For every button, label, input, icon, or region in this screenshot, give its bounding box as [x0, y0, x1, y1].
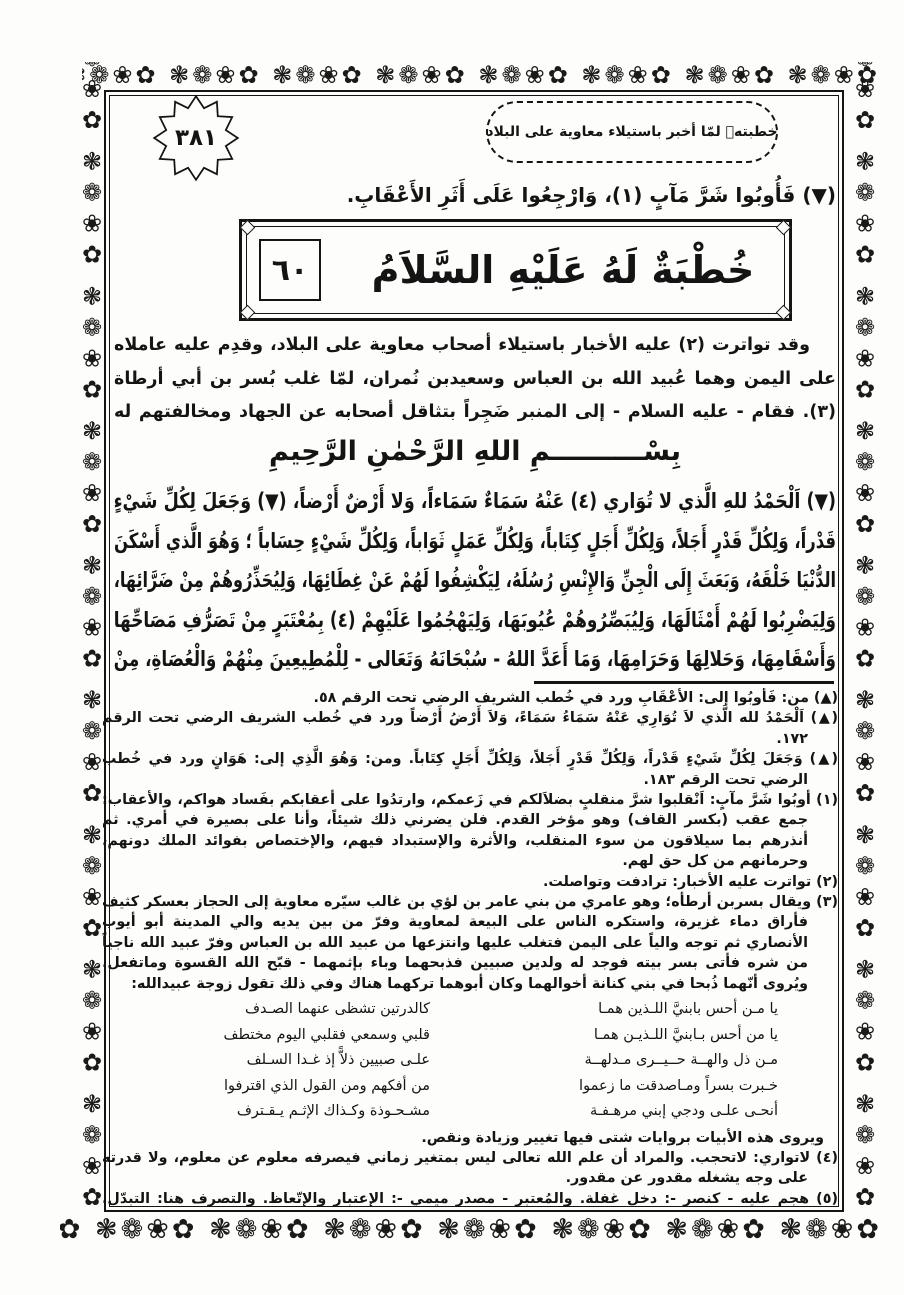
poem-variants-note: ويروى هذه الأبيات بروايات شتى فيها تغيير… — [102, 1128, 838, 1148]
poem-hemistich-right: يا مـن أحس بابنيَّ اللـذين همـا — [500, 998, 778, 1022]
sermon-line: وَأَسْقَامِهَا، وَحَلالِهَا وَحَرَامِهَا… — [258, 640, 836, 680]
poem-hemistich-right: مـن ذل والهــة حــيــرى مـدلهــة — [500, 1049, 778, 1073]
previous-sermon-closing-line: (▼) فَأُوبُوا شَرَّ مَآبٍ (١)، وَارْجِعُ… — [114, 178, 836, 212]
elegy-poem: يا مـن أحس بابنيَّ اللـذين همـا كالدرتين… — [152, 998, 778, 1124]
basmala-calligraphy: بِسْــــــــــمِ اللهِ الرَّحْمٰنِ الرَّ… — [114, 424, 836, 478]
running-header-cartouche: خطبتهؑ لمّا أخبر باستيلاء معاوية على الب… — [486, 101, 778, 163]
ornamental-border-top-icon: ✿❀❁❃ ✿❀❁❃ ✿❀❁❃ ✿❀❁❃ ✿❀❁❃ ✿❀❁❃ ✿❀❁❃ ✿❀❁❃ … — [82, 60, 880, 91]
poem-hemistich-right: خـبرت بسراً ومـاصدقت ما زعموا — [500, 1075, 778, 1099]
footnotes-section: (▲) من: فَأُوبُوا إلى: الأَعْقَابِ ورد ف… — [102, 688, 838, 1208]
poem-hemistich-right: يا من أحس بـابنيَّ اللـذيـن همـا — [500, 1024, 778, 1048]
footnote: (٢) تواترت عليه الأخبار: ترادفت وتواصلت. — [102, 872, 838, 892]
footnote: (▲) وَجَعَلَ لِكُلِّ شَيْءٍ قَدْراً، وَل… — [102, 749, 838, 790]
footnotes-top-list: (▲) من: فَأُوبُوا إلى: الأَعْقَابِ ورد ف… — [102, 688, 838, 994]
footnote: (١) أوبُوا شَرَّ مآبٍ: اَنْقلبوا شرَّ من… — [102, 790, 838, 872]
sermon-introduction: وقد تواترت (٢) عليه الأخبار باستيلاء أصح… — [114, 329, 836, 429]
footnote-separator-rule — [534, 681, 834, 684]
page-number-star: ٣٨١ — [152, 94, 240, 182]
running-header-title: خطبتهؑ لمّا أخبر باستيلاء معاوية على الب… — [486, 124, 777, 140]
sermon-body: (▼) اَلْحَمْدُ للهِ الَّذي لا تُوَاري (٤… — [114, 482, 836, 680]
poem-hemistich-left: مشـحـوذة وكـذاك الإثـم يـقـترف — [152, 1100, 430, 1124]
footnotes-bottom-list: (٤) لاتواري: لاتحجب. والمراد أن علم الله… — [102, 1148, 838, 1208]
footnote: (▲) اَلْحَمْدُ لله الَّذي لاَ تُوَارِي ع… — [102, 708, 838, 749]
poem-hemistich-left: كالدرتين تشظى عنهما الصـدف — [152, 998, 430, 1022]
sermon-line: قَدْراً، وَلِكُلِّ قَدْرٍ أَجَلاً، وَلِك… — [271, 522, 836, 562]
sermon-line: (▼) اَلْحَمْدُ للهِ الَّذي لا تُوَاري (٤… — [234, 482, 836, 522]
poem-hemistich-left: علـى صبيين ذلاًّ إذ غـدا السـلف — [152, 1049, 430, 1073]
page-number: ٣٨١ — [152, 94, 240, 182]
sermon-title-box: خُطْبَةٌ لَهُ عَلَيْهِ السَّلاَمُ ٦٠ — [239, 219, 792, 321]
poem-hemistich-left: قلبي وسمعي فقلبي اليوم مختطف — [152, 1024, 430, 1048]
footnote: (٤) لاتواري: لاتحجب. والمراد أن علم الله… — [102, 1148, 838, 1189]
poem-hemistich-right: أنحـى علـى ودجي إبني مرهـفـة — [500, 1100, 778, 1124]
sermon-line: وَلِيَضْرِبُوا لَهُمْ أَمْثَالَهَا، وَلِ… — [257, 601, 836, 641]
ornamental-border-right-icon: ✿❀❁❃ ✿❀❁❃ ✿❀❁❃ ✿❀❁❃ ✿❀❁❃ ✿❀❁❃ ✿❀❁❃ ✿❀❁❃ … — [847, 62, 880, 1214]
footnote: (٣) ويقال بسربن أرطأه؛ وهو عامري من بني … — [102, 892, 838, 994]
sermon-number: ٦٠ — [259, 239, 321, 301]
footnote: (٥) هجم عليه - كنصر -: دخل غفلة. والمُعت… — [102, 1189, 838, 1208]
ornamental-border-bottom-icon: ✿❀❁❃ ✿❀❁❃ ✿❀❁❃ ✿❀❁❃ ✿❀❁❃ ✿❀❁❃ ✿❀❁❃ ✿❀❁❃ … — [60, 1213, 882, 1248]
footnote: (▲) من: فَأُوبُوا إلى: الأَعْقَابِ ورد ف… — [102, 688, 838, 708]
book-page: ✿❀❁❃ ✿❀❁❃ ✿❀❁❃ ✿❀❁❃ ✿❀❁❃ ✿❀❁❃ ✿❀❁❃ ✿❀❁❃ … — [0, 0, 904, 1295]
sermon-title: خُطْبَةٌ لَهُ عَلَيْهِ السَّلاَمُ — [242, 222, 789, 318]
sermon-line: الدُّنْيَا خَلْقَهُ، وَبَعَثَ إِلَى الْج… — [283, 561, 836, 601]
poem-hemistich-left: من أفكهم ومن القول الذي اقترفوا — [152, 1075, 430, 1099]
